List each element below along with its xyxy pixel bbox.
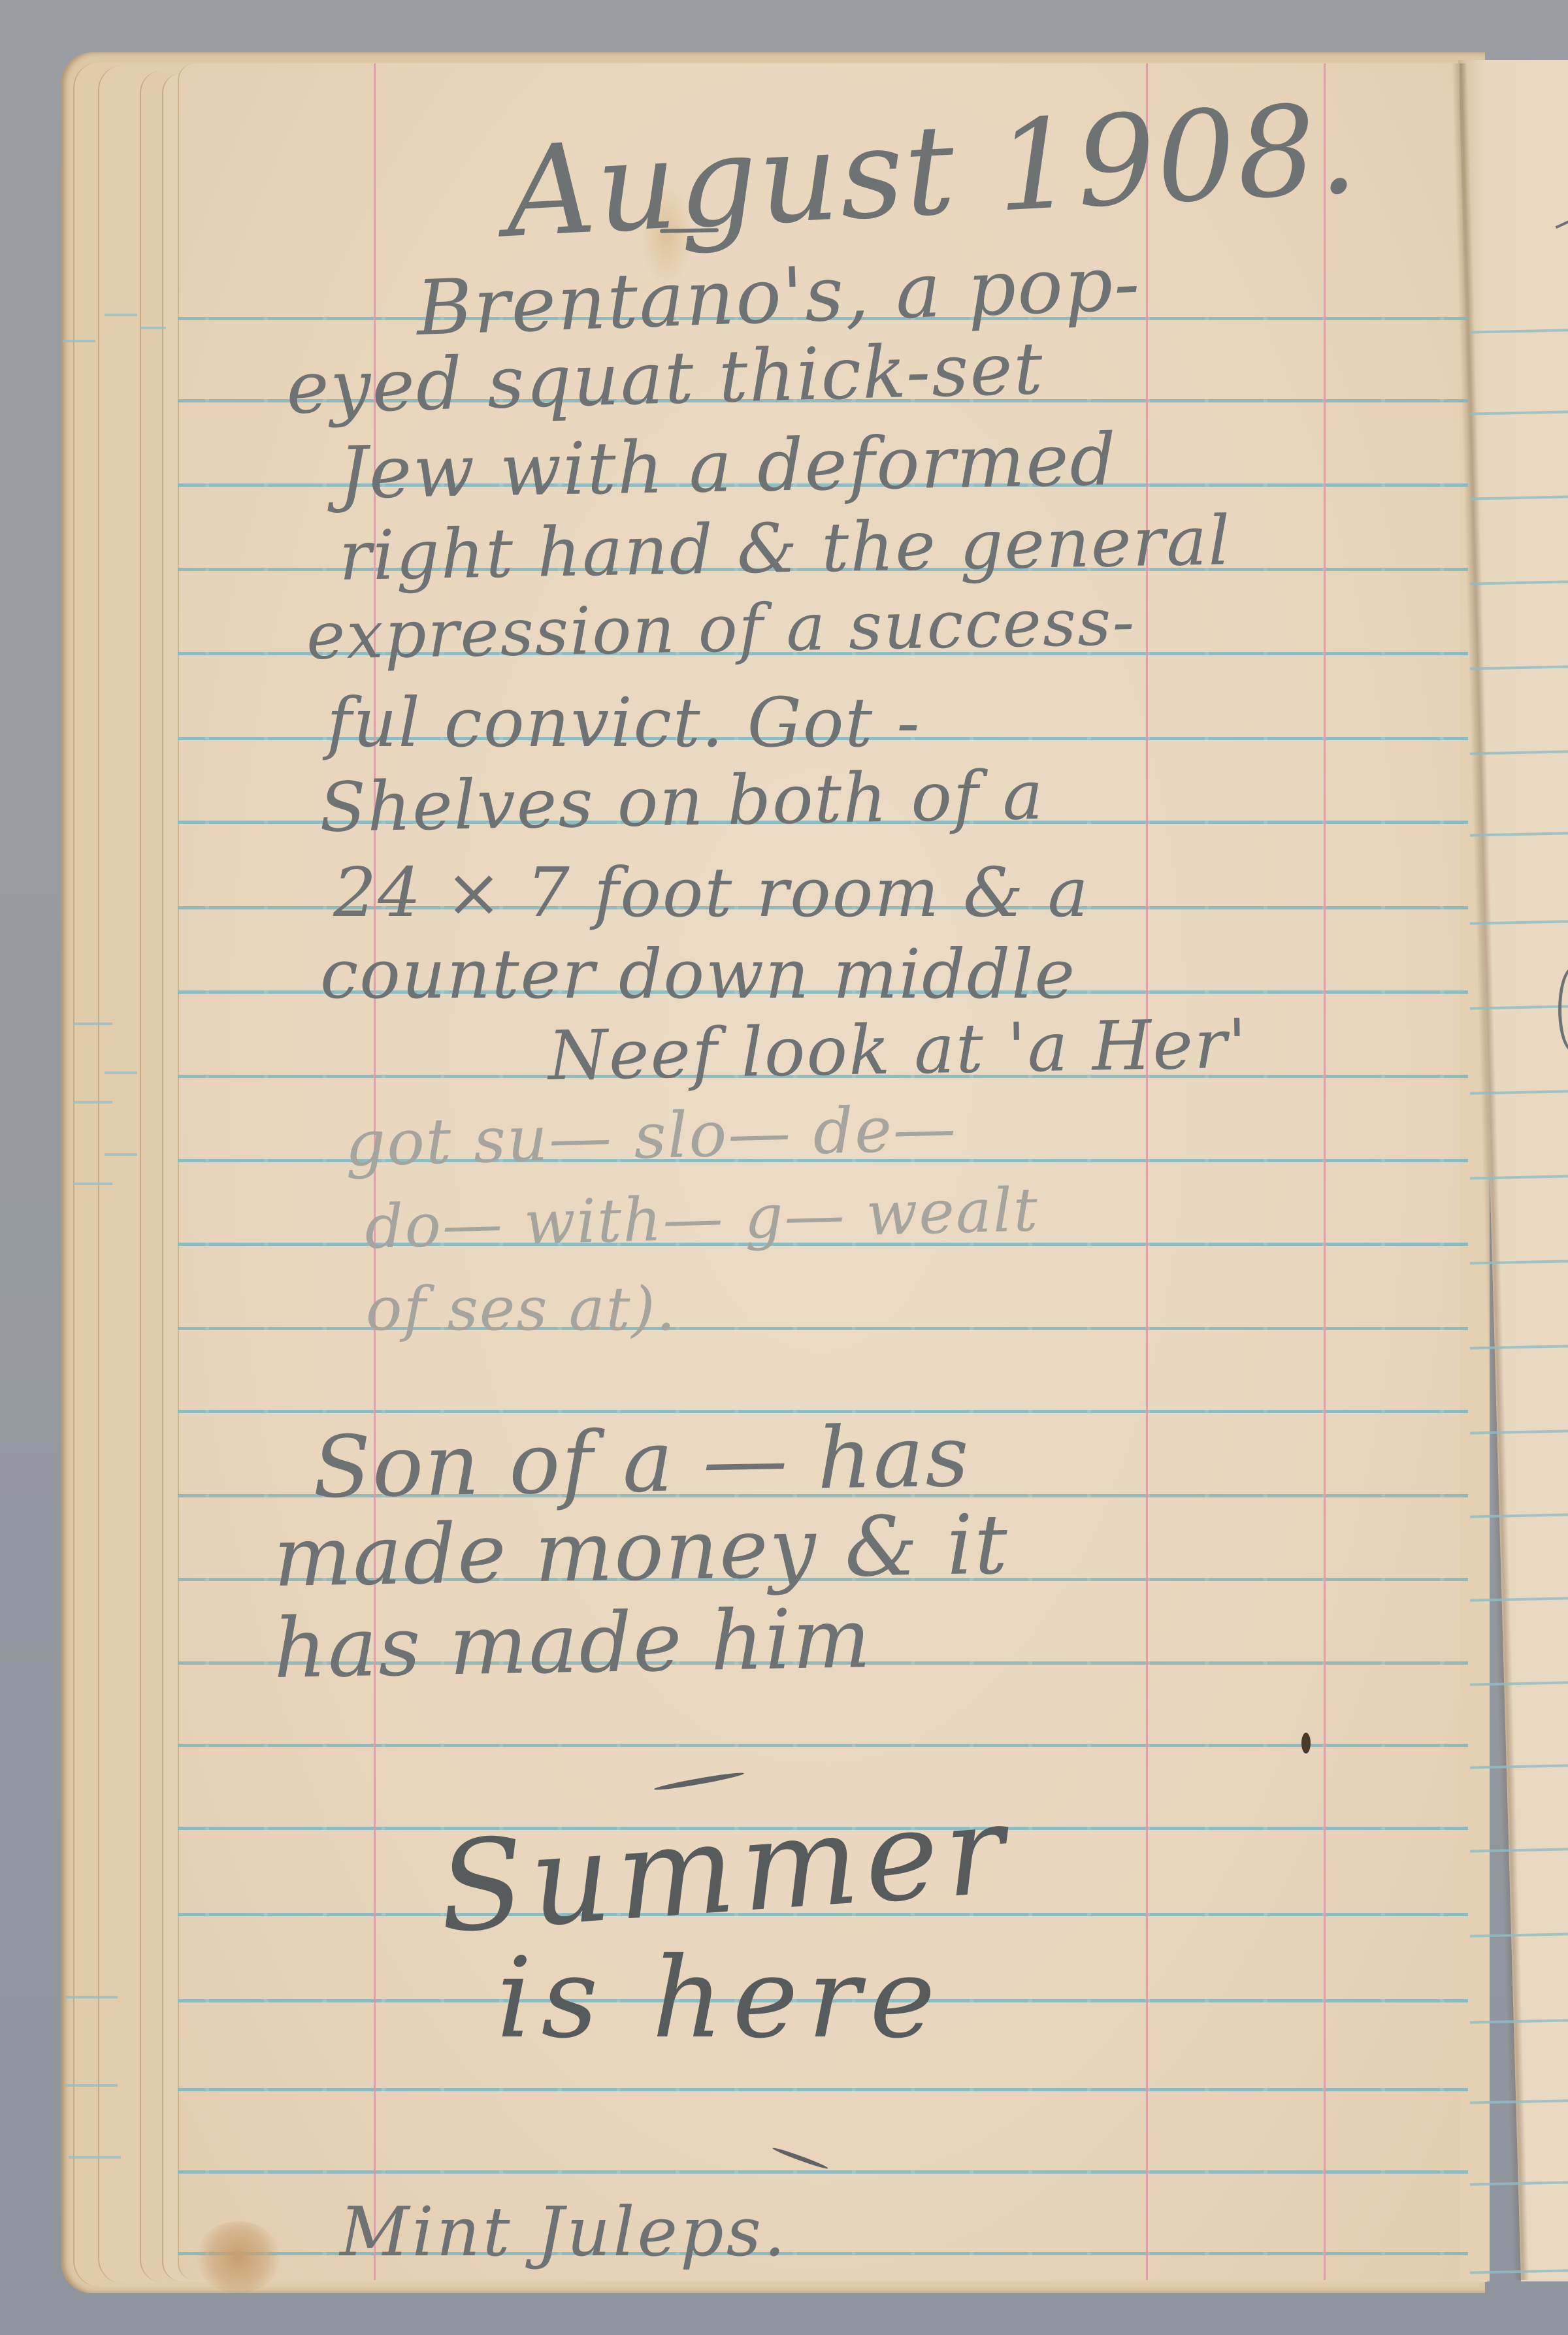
text-line-large: is here [497,1934,945,2063]
text-line: 24 × 7 foot room & a [333,853,1090,932]
right-margin-line-outer [1324,63,1326,2280]
text-line: Jew with a deformed [338,417,1118,515]
text-line: Neef look at 'a Her' [547,1004,1249,1096]
right-margin-line-inner [1146,63,1148,2280]
text-line: expression of a success- [306,583,1136,674]
text-line: ful convict. Got - [327,683,921,762]
text-line: Mint Juleps. [340,2192,788,2272]
text-line: has made him [272,1590,872,1697]
faint-text-line: of ses at). [366,1274,677,1344]
text-line: right hand & the general [338,500,1232,596]
water-stain [196,2221,281,2293]
text-line: Shelves on both of a [319,755,1045,847]
text-line: made money & it [272,1496,1009,1605]
ink-spot [1301,1733,1311,1754]
text-line: counter down middle [320,934,1076,1014]
